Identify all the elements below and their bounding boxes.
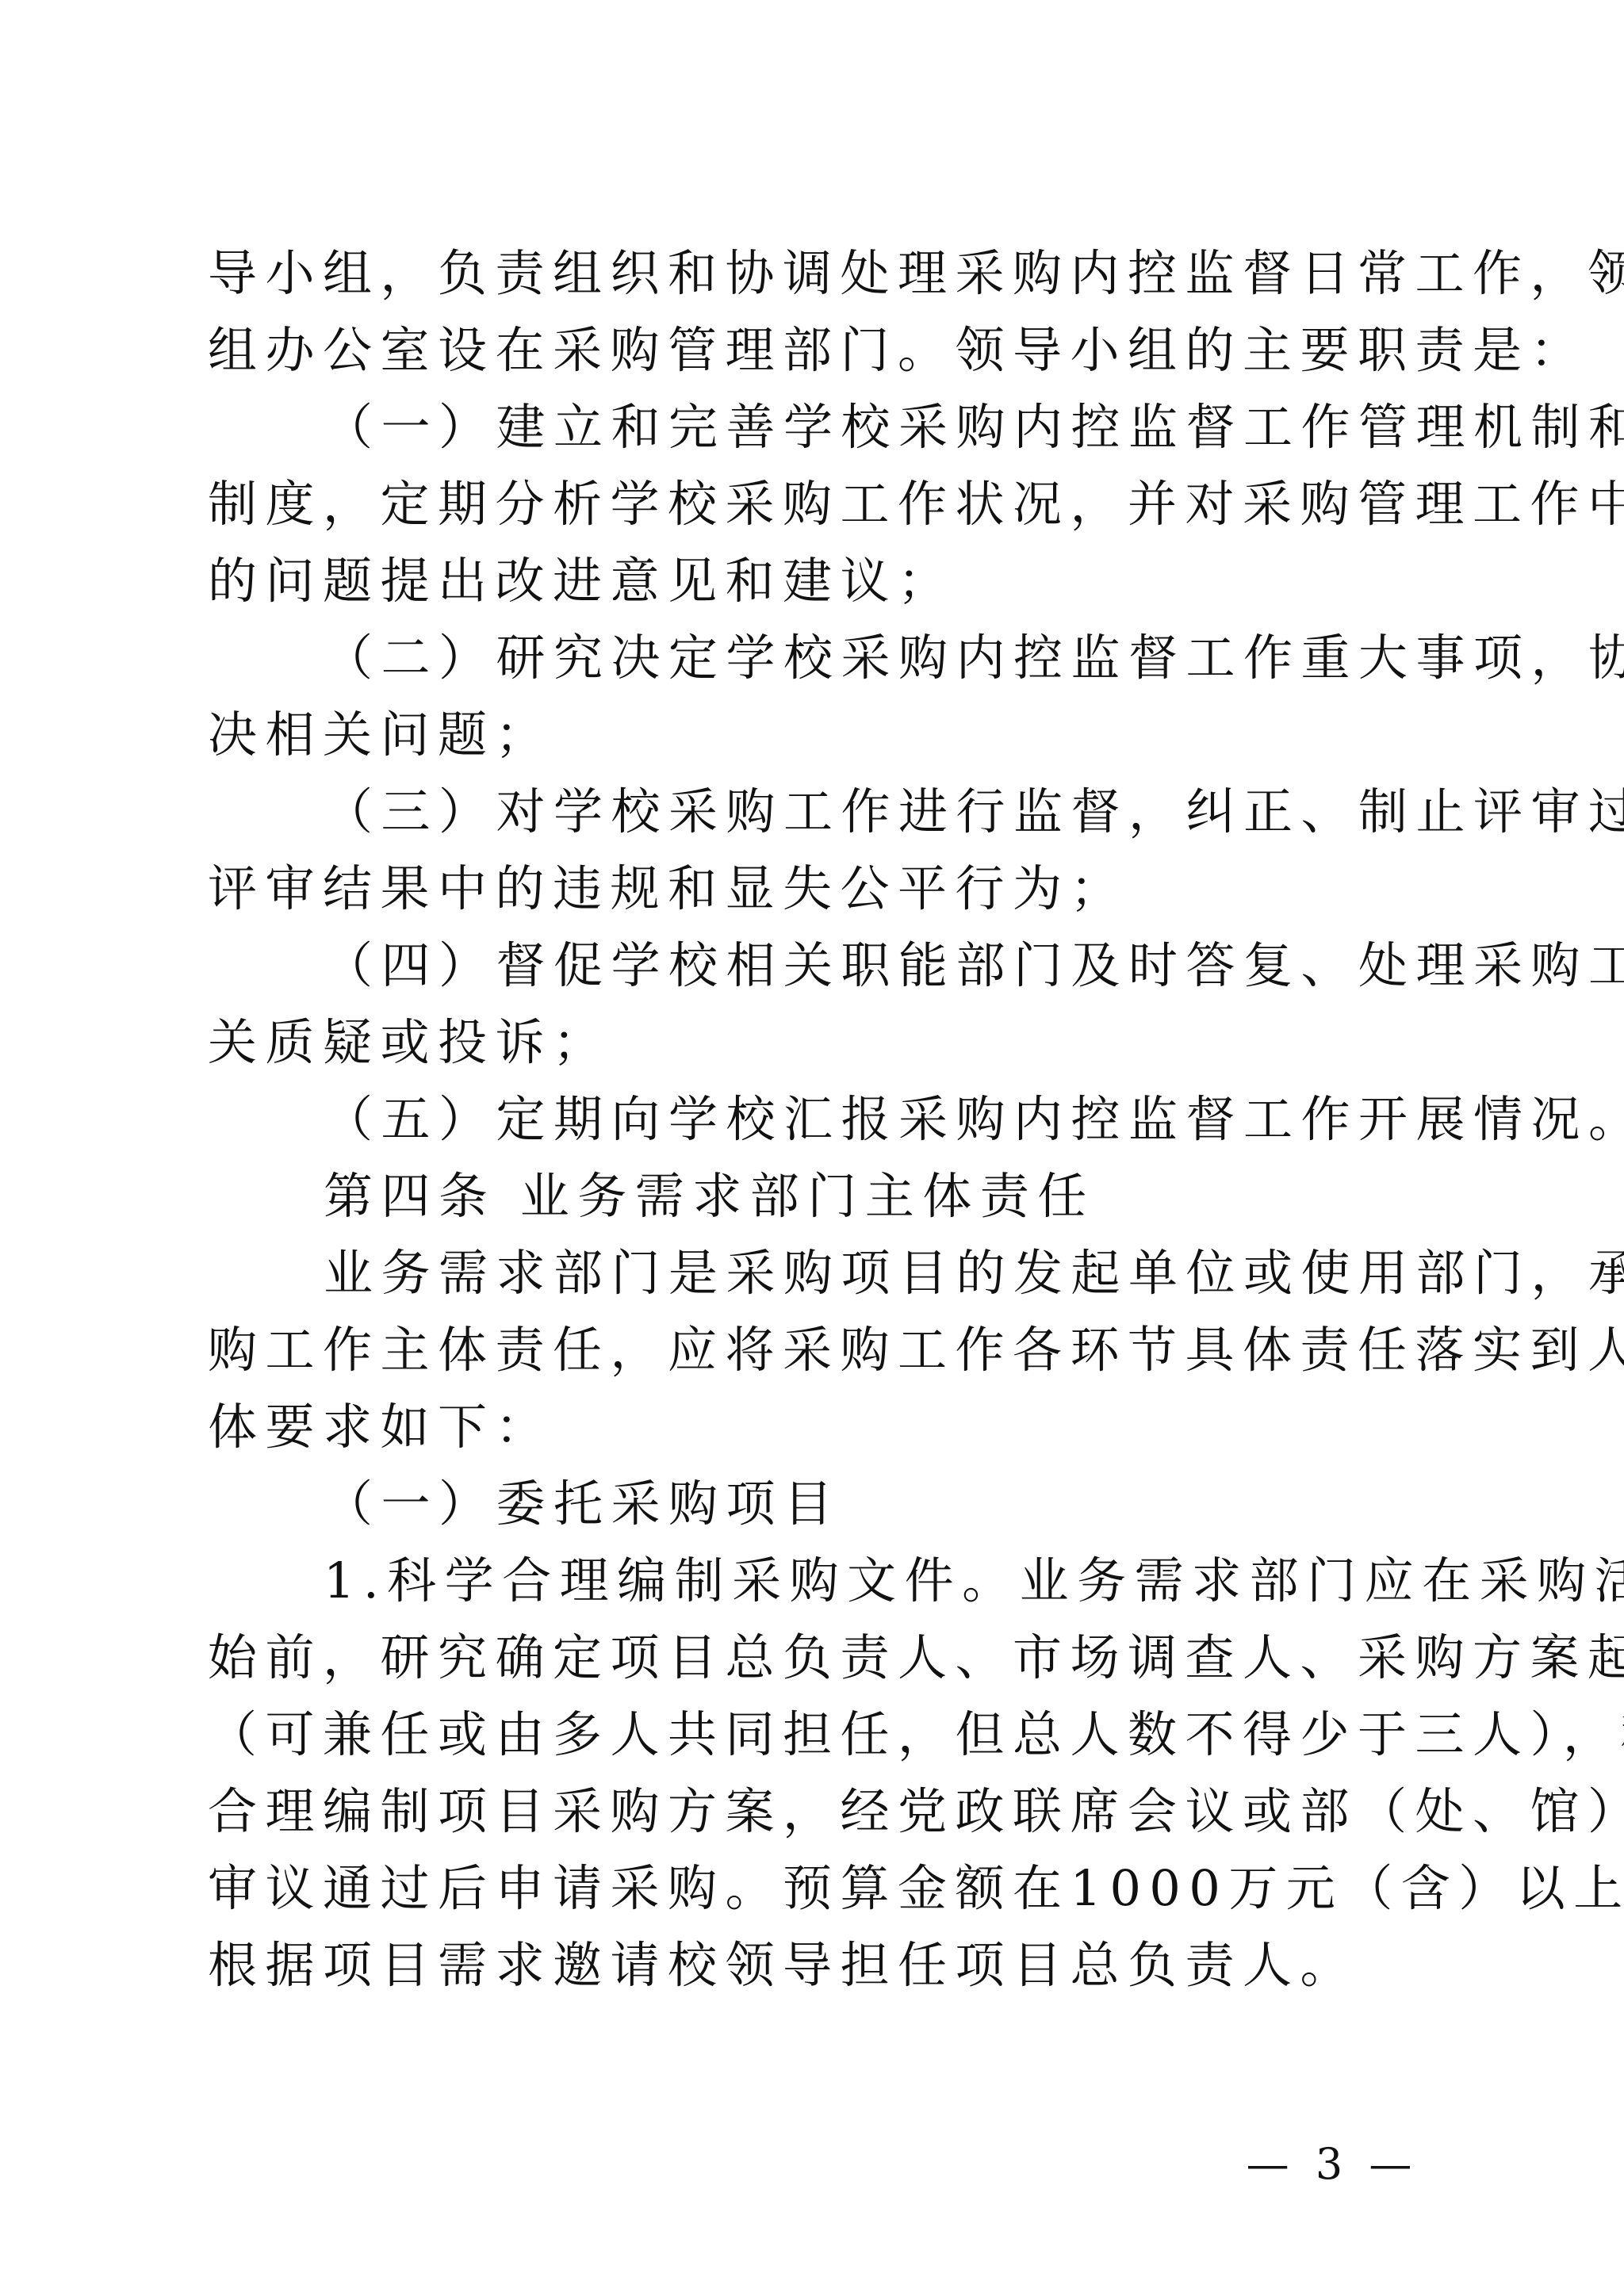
paragraph-start: 业务需求部门是采购项目的发起单位或使用部门，承担采 — [208, 1234, 1424, 1311]
text-line: 组办公室设在采购管理部门。领导小组的主要职责是： — [208, 312, 1424, 388]
text-line: （可兼任或由多人共同担任，但总人数不得少于三人），科学 — [208, 1696, 1424, 1773]
text-line: 关质疑或投诉； — [208, 1004, 1424, 1081]
text-line: 体要求如下： — [208, 1388, 1424, 1465]
text-line: 的问题提出改进意见和建议； — [208, 542, 1424, 619]
article-heading: 第四条 业务需求部门主体责任 — [208, 1158, 1424, 1234]
text-line: 制度，定期分析学校采购工作状况，并对采购管理工作中存在 — [208, 465, 1424, 542]
list-item-3: （三）对学校采购工作进行监督，纠正、制止评审过程或 — [208, 773, 1424, 850]
text-line: 导小组，负责组织和协调处理采购内控监督日常工作，领导小 — [208, 235, 1424, 312]
text-line: 购工作主体责任，应将采购工作各环节具体责任落实到人。具 — [208, 1311, 1424, 1388]
document-page: 导小组，负责组织和协调处理采购内控监督日常工作，领导小 组办公室设在采购管理部门… — [0, 0, 1624, 2296]
list-item-2: （二）研究决定学校采购内控监督工作重大事项，协调解 — [208, 619, 1424, 696]
numbered-item-1: 1.科学合理编制采购文件。业务需求部门应在采购活动开 — [208, 1542, 1424, 1619]
subsection-heading: （一）委托采购项目 — [208, 1465, 1424, 1542]
text-line: 始前，研究确定项目总负责人、市场调查人、采购方案起草人 — [208, 1619, 1424, 1696]
list-item-4: （四）督促学校相关职能部门及时答复、处理采购工作相 — [208, 927, 1424, 1004]
page-number: — 3 — — [1237, 2137, 1427, 2192]
text-line: 决相关问题； — [208, 696, 1424, 773]
text-line: 评审结果中的违规和显失公平行为； — [208, 850, 1424, 927]
text-line: 根据项目需求邀请校领导担任项目总负责人。 — [208, 1927, 1424, 2003]
list-item-5: （五）定期向学校汇报采购内控监督工作开展情况。 — [208, 1081, 1424, 1158]
document-body: 导小组，负责组织和协调处理采购内控监督日常工作，领导小 组办公室设在采购管理部门… — [208, 235, 1424, 2003]
list-item-1: （一）建立和完善学校采购内控监督工作管理机制和规章 — [208, 388, 1424, 465]
text-line: 审议通过后申请采购。预算金额在1000万元（含）以上的，可 — [208, 1850, 1424, 1927]
text-line: 合理编制项目采购方案，经党政联席会议或部（处、馆）务会 — [208, 1773, 1424, 1850]
